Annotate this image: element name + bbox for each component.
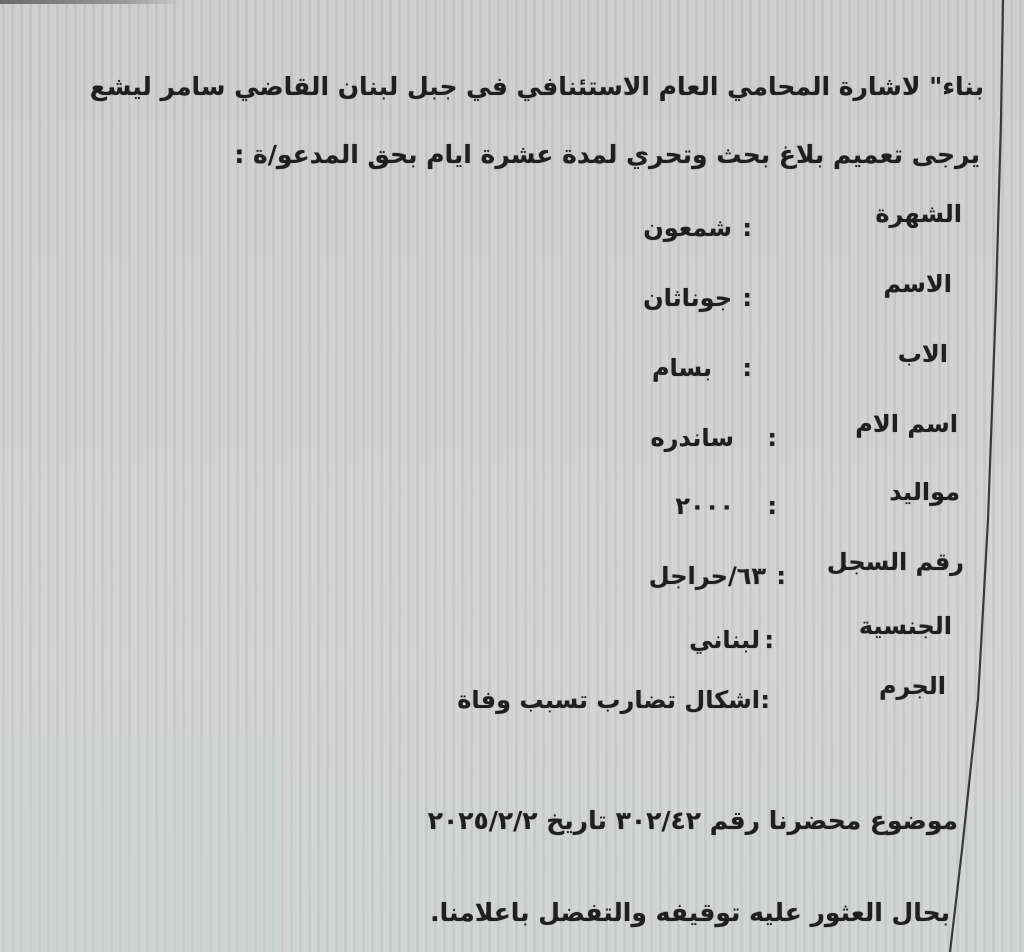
field-row-first-name: الاسم : جوناثان	[602, 270, 962, 304]
intro-line-authority: بناء" لاشارة المحامي العام الاستئنافي في…	[90, 72, 984, 101]
closing-instruction-line: بحال العثور عليه توقيفه والتفضل باعلامنا…	[430, 898, 950, 927]
field-row-registry-number: رقم السجل : ٦٣/حراجل	[524, 548, 964, 582]
field-value: شمعون	[643, 214, 732, 242]
field-label: مواليد	[889, 478, 960, 506]
field-value: ٦٣/حراجل	[649, 562, 766, 590]
field-separator: :	[742, 354, 752, 382]
field-value: بسام	[652, 354, 712, 382]
field-separator: :	[767, 424, 777, 452]
field-label: الجرم	[879, 672, 946, 700]
field-label: اسم الام	[855, 410, 958, 438]
field-value: جوناثان	[643, 284, 732, 312]
field-row-father: الاب : بسام	[602, 340, 962, 374]
field-value: اشكال تضارب تسبب وفاة	[457, 686, 760, 714]
field-row-offense: الجرم : اشكال تضارب تسبب وفاة	[426, 672, 946, 706]
field-value: لبناني	[689, 626, 760, 654]
field-separator: :	[764, 626, 774, 654]
field-label: الاسم	[883, 270, 952, 298]
field-separator: :	[742, 284, 752, 312]
field-row-nationality: الجنسية : لبناني	[522, 612, 952, 646]
field-label: الجنسية	[859, 612, 952, 640]
subject-reference-line: موضوع محضرنا رقم ٣٠٢/٤٢ تاريخ ٢٠٢٥/٢/٢	[428, 806, 958, 835]
field-row-birth-year: مواليد : ٢٠٠٠	[562, 478, 962, 512]
field-separator: :	[776, 562, 786, 590]
field-separator: :	[767, 492, 777, 520]
intro-line-request: يرجى تعميم بلاغ بحث وتحري لمدة عشرة ايام…	[234, 140, 980, 169]
search-notice-document: بناء" لاشارة المحامي العام الاستئنافي في…	[0, 0, 1024, 952]
field-row-surname: الشهرة : شمعون	[602, 200, 962, 234]
field-separator: :	[760, 686, 770, 714]
field-label: رقم السجل	[827, 548, 964, 576]
field-row-mother-name: اسم الام : ساندره	[562, 410, 962, 444]
field-label: الاب	[898, 340, 948, 368]
field-separator: :	[742, 214, 752, 242]
field-value: ساندره	[651, 424, 734, 452]
field-value: ٢٠٠٠	[675, 492, 734, 520]
field-label: الشهرة	[875, 200, 962, 228]
